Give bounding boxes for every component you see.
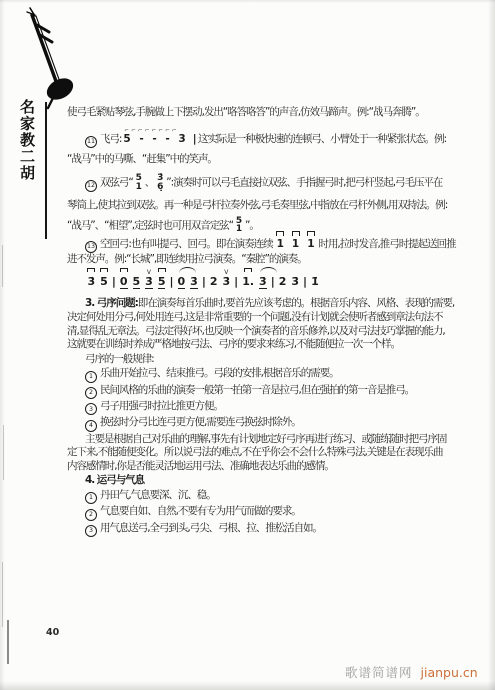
- text-line: 弓序的一般规律:: [67, 353, 461, 367]
- double-stop-notation: 51: [235, 219, 243, 232]
- series-title-vertical: 名家教二胡: [17, 99, 38, 182]
- scan-edge-bottom: [0, 681, 495, 690]
- circled-number: 4: [85, 420, 97, 432]
- text-line: 4换弦时分弓比连弓更方便,需要连弓换弦时除外。: [67, 416, 461, 431]
- circled-number: 13: [85, 241, 97, 253]
- page-content: 使弓毛紧贴琴弦,手腕做上下摆动,发出“咯答咯答”的声音,仿效马蹄声。例:“战马奔…: [67, 106, 461, 537]
- circled-number: 2: [85, 509, 97, 521]
- erhu-soundbox: [43, 74, 77, 104]
- erhu-illustration: [6, 4, 82, 112]
- book-page: 名家教二胡 使弓毛紧贴琴弦,手腕做上下摆动,发出“咯答咯答”的声音,仿效马蹄声。…: [0, 0, 495, 690]
- text-line: 3用气息送弓,全弓到头,弓尖、弓根、拉、推松活自如。: [67, 522, 461, 537]
- watermark-site-url: jianpu.cn: [421, 665, 478, 680]
- music-notation: 3̇5̇|05̇V3̇5̇|03̇|2V3̇|1.3̇|23̇|1̇: [85, 275, 321, 289]
- circled-number: 3: [85, 525, 97, 537]
- circled-number: 11: [85, 136, 97, 148]
- circled-number: 1: [85, 492, 97, 504]
- sidebar-rule: [45, 102, 47, 239]
- text-line: 2气息要自如、自然,不要有专为用气而做的要求。: [67, 505, 461, 520]
- scan-edge-right: [488, 0, 495, 690]
- text-line: 内容感情时,你是否能灵活地运用弓法、准确地表达乐曲的感情。: [67, 460, 461, 474]
- text-line: 使弓毛紧贴琴弦,手腕做上下摆动,发出“咯答咯答”的声音,仿效马蹄声。例:“战马奔…: [67, 106, 461, 120]
- text-line: 13空回弓:也有叫提弓、回弓。即在演奏连续111时用,拉时发音,推弓时提起送回推: [67, 238, 461, 253]
- text-line: 琴筒上,使其拉到双弦。再一种是弓杆拉奏外弦,弓毛奏里弦,中指放在弓杆外侧,用双持…: [67, 199, 461, 213]
- text-line: 主要是根据自己对乐曲的理解,事先有计划地定好弓序再进行练习、或随练随时把弓序固: [67, 433, 461, 447]
- scan-artifact: [7, 620, 9, 664]
- scan-artifact: [3, 425, 4, 480]
- text-line: 1乐曲开始拉弓、结束推弓。弓段的安排,根据音乐的需要。: [67, 367, 461, 382]
- text-line: 3̇5̇|05̇V3̇5̇|03̇|2V3̇|1.3̇|23̇|1̇: [67, 275, 461, 290]
- text-line: 1丹田气,气息要深、沉、稳。: [67, 489, 461, 504]
- watermark-site-name: 歌谱简谱网: [345, 665, 413, 680]
- text-line: 定下来,不能随便变化。所以说弓法的难点,不在乎你会不会什么特殊弓法,关键是在表现…: [67, 446, 461, 460]
- circled-number: 12: [85, 180, 97, 192]
- circled-number: 1: [85, 371, 97, 383]
- text-line: “战马”中的马嘶、“赶集”中的笑声。: [67, 153, 461, 167]
- text-line: 12双弦弓“51、3̇6̣”:演奏时可以弓毛直接拉双弦、手指握弓时,把弓杆竖起,…: [67, 176, 461, 192]
- double-stop-notation: 51: [135, 176, 143, 189]
- scan-artifact: [2, 562, 3, 627]
- text-line: 3. 弓序问题:即在演奏每首乐曲时,要首先应该考虑的。根据音乐内容、风格、表现的…: [67, 297, 461, 311]
- text-line: 决定何处用分弓,何处用连弓,这是非常重要的一个问题,没有计划就会使听者感到章法句…: [67, 311, 461, 325]
- fly-bow-notation: ⌐⌐⌐⌐⌐⌐⌐⌐5 - - - 3: [123, 133, 188, 147]
- text-line: 3弓子用强弓时拉比推更方便。: [67, 400, 461, 415]
- page-number: 40: [46, 627, 59, 638]
- text-line: 清,显得乱无章法。弓法定得好坏,也反映一个演奏者的音乐修养,以及对弓法技巧掌握的…: [67, 325, 461, 339]
- text-line: 2民间风格的乐曲的演奏一般第一拍第一音是拉弓,但在强拍的第一音是推弓。: [67, 384, 461, 399]
- circled-number: 3: [85, 403, 97, 415]
- text-line: “战马”、“相望”,定弦时也可用双音定弦“51”。: [67, 219, 461, 233]
- text-line: 进不发声。例:“长城”,即连续用拉弓演奏。“秦腔”的演奏。: [67, 253, 461, 267]
- watermark: 歌谱简谱网 jianpu.cn: [345, 663, 478, 681]
- text-line: 11飞弓:⌐⌐⌐⌐⌐⌐⌐⌐5 - - - 3 | 这实际是一种极快速的连顿弓、小…: [67, 133, 461, 148]
- bow-marks-notation: 111: [273, 238, 319, 250]
- scan-artifact: [2, 245, 3, 287]
- scan-edge-top: [0, 0, 495, 3]
- text-line: 这就要在训练时养成严格地按弓法、弓序的要求来练习,不能随便拉一次一个样。: [67, 338, 461, 352]
- double-stop-notation: 3̇6̣: [156, 176, 164, 189]
- text-line: 4. 运弓与气息: [67, 474, 461, 488]
- circled-number: 2: [85, 387, 97, 399]
